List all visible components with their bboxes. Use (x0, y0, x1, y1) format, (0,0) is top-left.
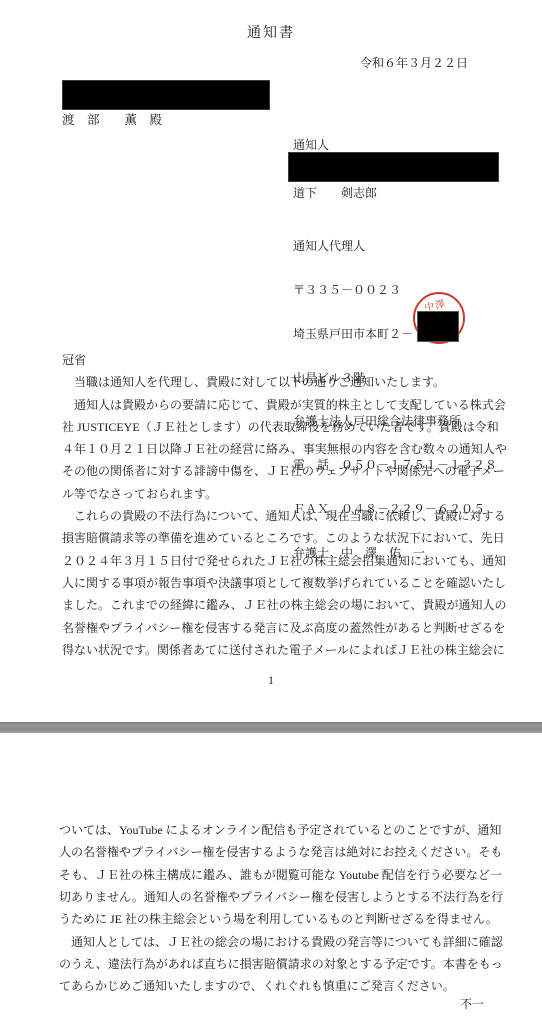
body-line: ました。これまでの経緯に鑑み、ＪＥ社の株主総会の場において、貴殿が通知人の (62, 594, 507, 616)
body-line: ついては、YouTube によるオンライン配信も予定されているとのことですが、通… (59, 819, 503, 841)
body-line: のうえ、違法行為があれば直ちに損害賠償請求の対象とする予定です。本書をもっ (59, 953, 503, 975)
page2-body: ついては、YouTube によるオンライン配信も予定されているとのことですが、通… (59, 819, 503, 998)
recipient-name: 渡 部 薫 殿 (62, 110, 162, 128)
document-viewer: 通知書 令和６年３月２２日 渡 部 薫 殿 通知人 道下 剣志郎 通知人代理人 … (0, 0, 542, 1024)
body-line: これらの貴殿の不法行為について、通知人は、現在当職に依頼し、貴殿に対する (62, 505, 507, 527)
agent-label: 通知人代理人 (293, 239, 497, 254)
closing-phrase: 不一 (460, 995, 484, 1012)
page-number: 1 (0, 673, 542, 688)
body-line: 得ない状況です。関係者あてに送付された電子メールによればＪＥ社の株主総会に (62, 639, 507, 661)
body-line: てあらかじめご通知いたしますので、くれぐれも慎重にご発言ください。 (59, 975, 503, 997)
page-title: 通知書 (0, 22, 542, 42)
body-line: 名誉権やプライバシー権を侵害する発言に及ぶ高度の蓋然性があると判断せざるを (62, 617, 507, 639)
body-line: ４年１０月２１日以降ＪＥ社の経営に絡み、事実無根の内容を含む数々の通知人や (62, 438, 507, 460)
body-line: 人の名誉権やプライバシー権を侵害するような発言は絶対にお控えください。そも (59, 841, 503, 863)
body-line: ル等でなさっておられます。 (62, 483, 507, 505)
document-date: 令和６年３月２２日 (360, 54, 468, 71)
body-line: 当職は通知人を代理し、貴殿に対して以下の通りご通知いたします。 (62, 371, 507, 393)
body-line: ２０２４年３月１５日付で発せられたＪＥ社の株主総会招集通知においても、通知 (62, 550, 507, 572)
redaction-box-recipient (62, 80, 270, 110)
notifier-label: 通知人 (293, 136, 329, 153)
body-line: 切ありません。通知人の名誉権やプライバシー権を侵害しようとする不法行為を行 (59, 886, 503, 908)
redaction-box-seal (417, 311, 459, 342)
agent-postal-code: 〒３３５－００２３ (293, 283, 497, 298)
body-line: 損害賠償請求等の準備を進めているところです。このような状況下において、先日 (62, 527, 507, 549)
page1-body: 冠省 当職は通知人を代理し、貴殿に対して以下の通りご通知いたします。 通知人は貴… (62, 349, 507, 661)
body-line: 冠省 (62, 349, 507, 371)
body-line: その他の関係者に対する誹謗中傷を、ＪＥ社のウェブサイトや関係先への電子メー (62, 460, 507, 482)
notifier-name: 道下 剣志郎 (293, 184, 377, 201)
body-line: 人に関する事項が報告事項や決議事項として複数挙げられていることを確認いたし (62, 572, 507, 594)
body-line: 通知人は貴殿からの要請に応じて、貴殿が実質的株主として支配している株式会 (62, 394, 507, 416)
redaction-box-notifier (288, 152, 499, 182)
page-break-divider (0, 722, 542, 733)
body-line: うために JE 社の株主総会という場を利用しているものと判断せざるを得ません。 (59, 908, 503, 930)
body-line: 社 JUSTICEYE（ＪＥ社とします）の代表取締役を務めていた者です。貴殿は令… (62, 416, 507, 438)
body-line: そも、ＪＥ社の株主構成に鑑み、誰もが閲覧可能な Youtube 配信を行う必要な… (59, 864, 503, 886)
body-line: 通知人としては、ＪＥ社の総会の場における貴殿の発言等についても詳細に確認 (59, 931, 503, 953)
agent-address-line1: 埼玉県戸田市本町２－１０－１ (293, 327, 497, 342)
